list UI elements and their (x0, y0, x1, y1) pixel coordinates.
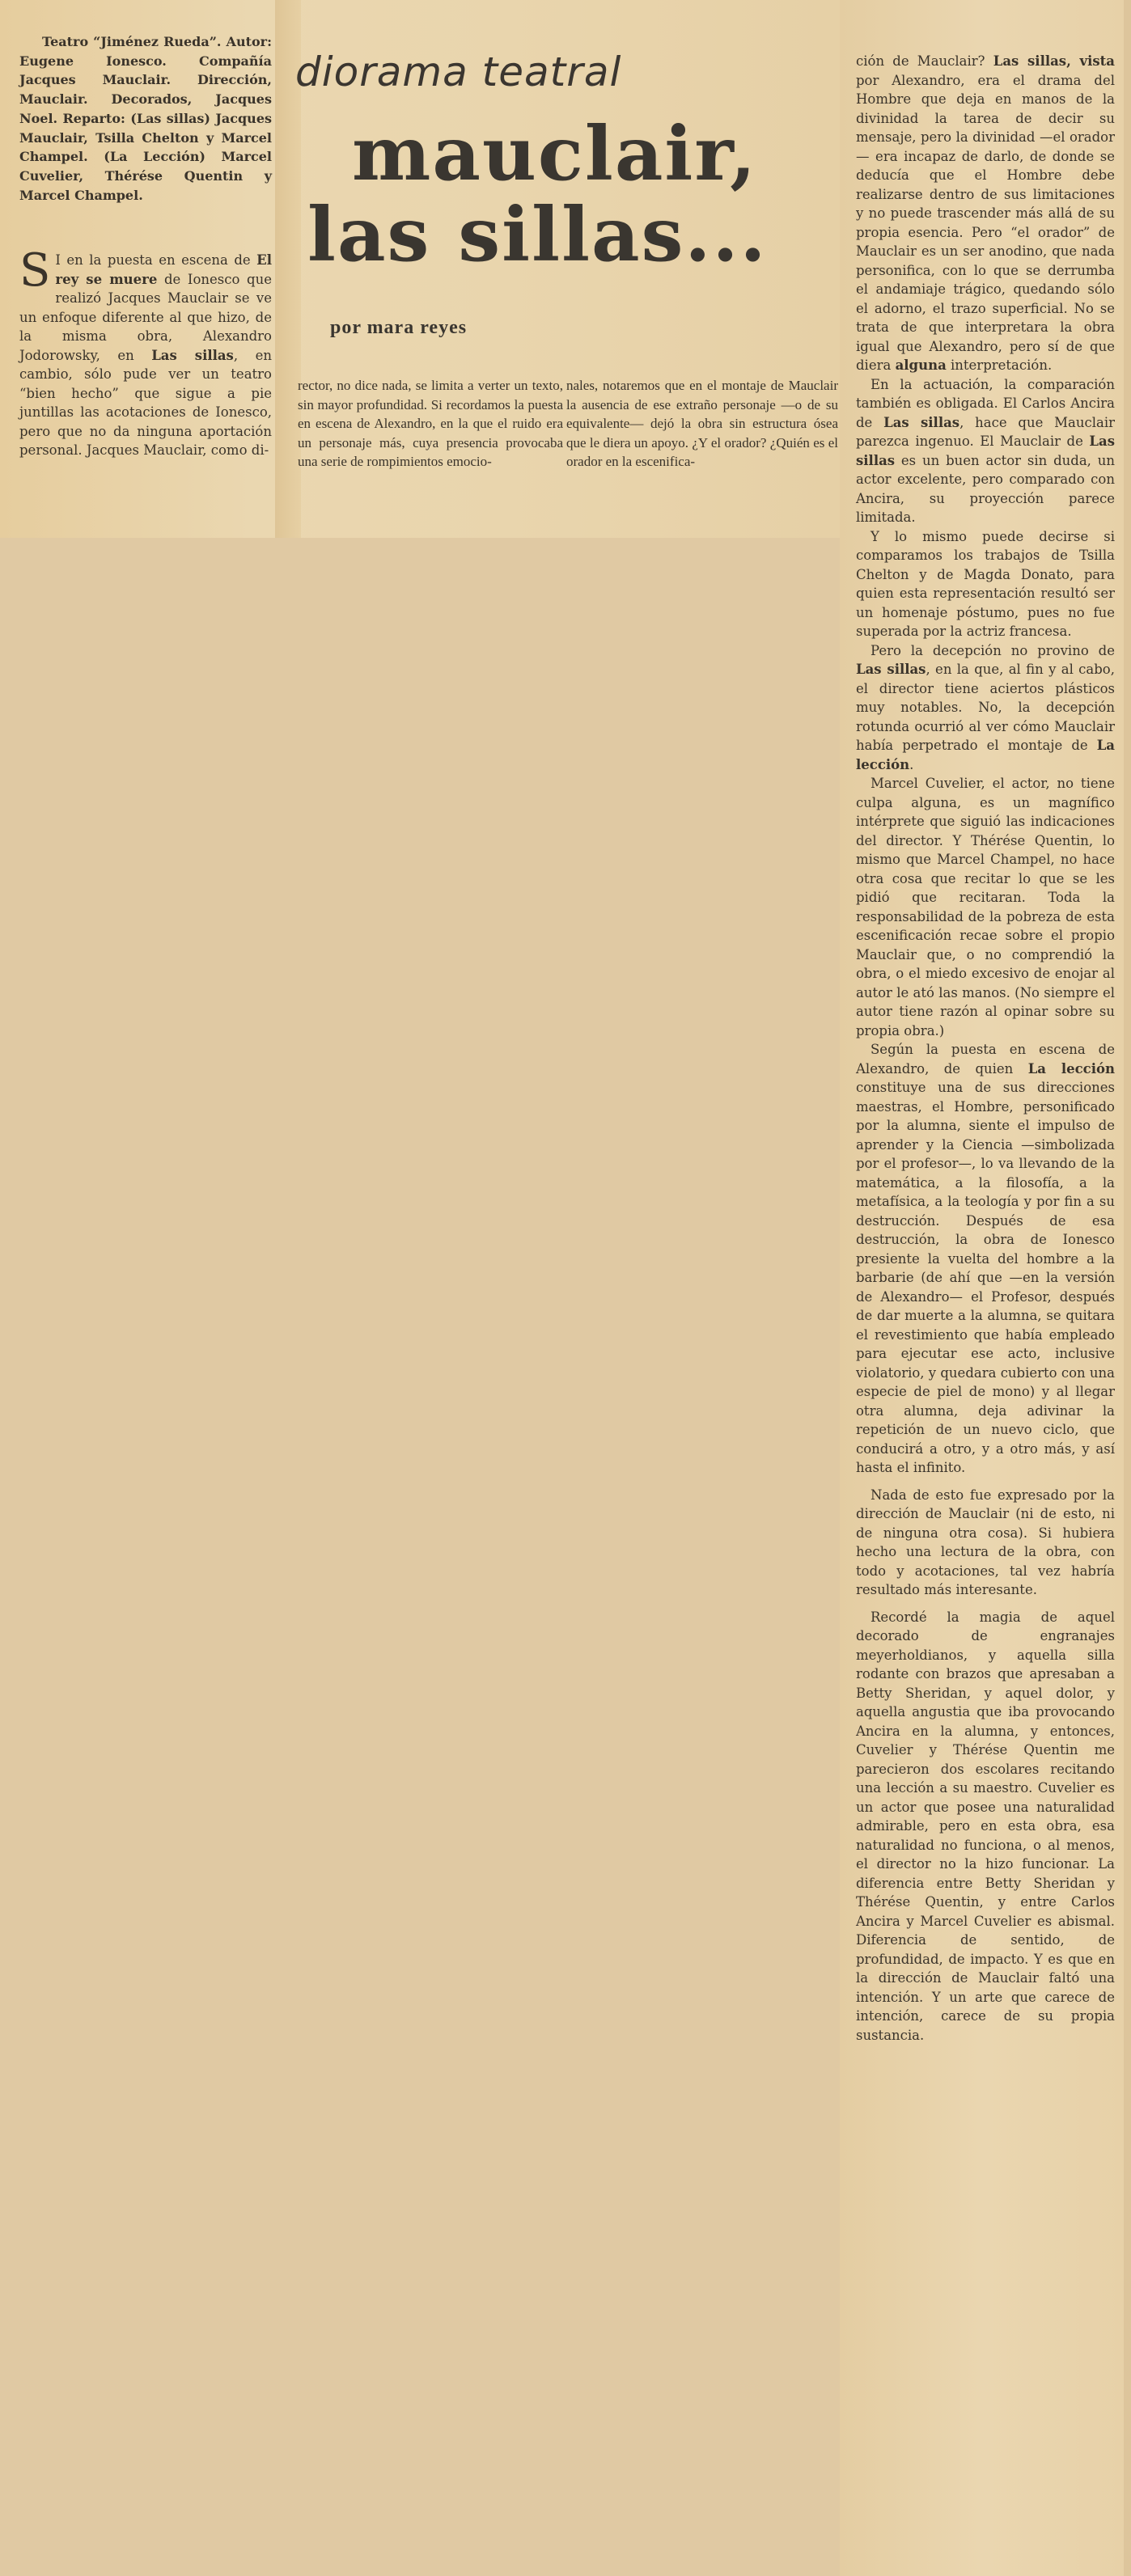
section-kicker: diorama teatral (295, 49, 621, 95)
credits-text: Teatro “Jiménez Rueda”. Autor: Eugene Io… (19, 32, 272, 205)
headline-line-1: mauclair, (307, 113, 825, 194)
column-2: rector, no dice nada, se limita a verter… (298, 376, 563, 472)
byline: por mara reyes (330, 317, 467, 339)
paragraph: ción de Mauclair? Las sillas, vista por … (856, 52, 1115, 375)
drop-cap: S (19, 252, 50, 290)
paragraph: Marcel Cuvelier, el actor, no tiene culp… (856, 774, 1115, 1040)
column-1: SI en la puesta en escena de El rey se m… (19, 251, 272, 460)
headline-line-2: las sillas... (307, 194, 825, 275)
headline: mauclair, las sillas... (307, 113, 825, 275)
column-3: nales, notaremos que en el montaje de Ma… (566, 376, 838, 472)
paper-edge (1124, 0, 1131, 2576)
paragraph: Recordé la magia de aquel decorado de en… (856, 1608, 1115, 2045)
paragraph: rector, no dice nada, se limita a verter… (298, 376, 563, 472)
paragraph: En la actuación, la comparación también … (856, 375, 1115, 527)
paragraph: Según la puesta en escena de Alexandro, … (856, 1040, 1115, 1478)
paragraph: SI en la puesta en escena de El rey se m… (19, 251, 272, 460)
credits-box: Teatro “Jiménez Rueda”. Autor: Eugene Io… (19, 32, 272, 205)
paragraph: Pero la decepción no provino de Las sill… (856, 641, 1115, 775)
column-4: ción de Mauclair? Las sillas, vista por … (856, 52, 1115, 2045)
paragraph: Y lo mismo puede decirse si comparamos l… (856, 527, 1115, 641)
paragraph: nales, notaremos que en el montaje de Ma… (566, 376, 838, 472)
paragraph: Nada de esto fue expresado por la direcc… (856, 1486, 1115, 1600)
